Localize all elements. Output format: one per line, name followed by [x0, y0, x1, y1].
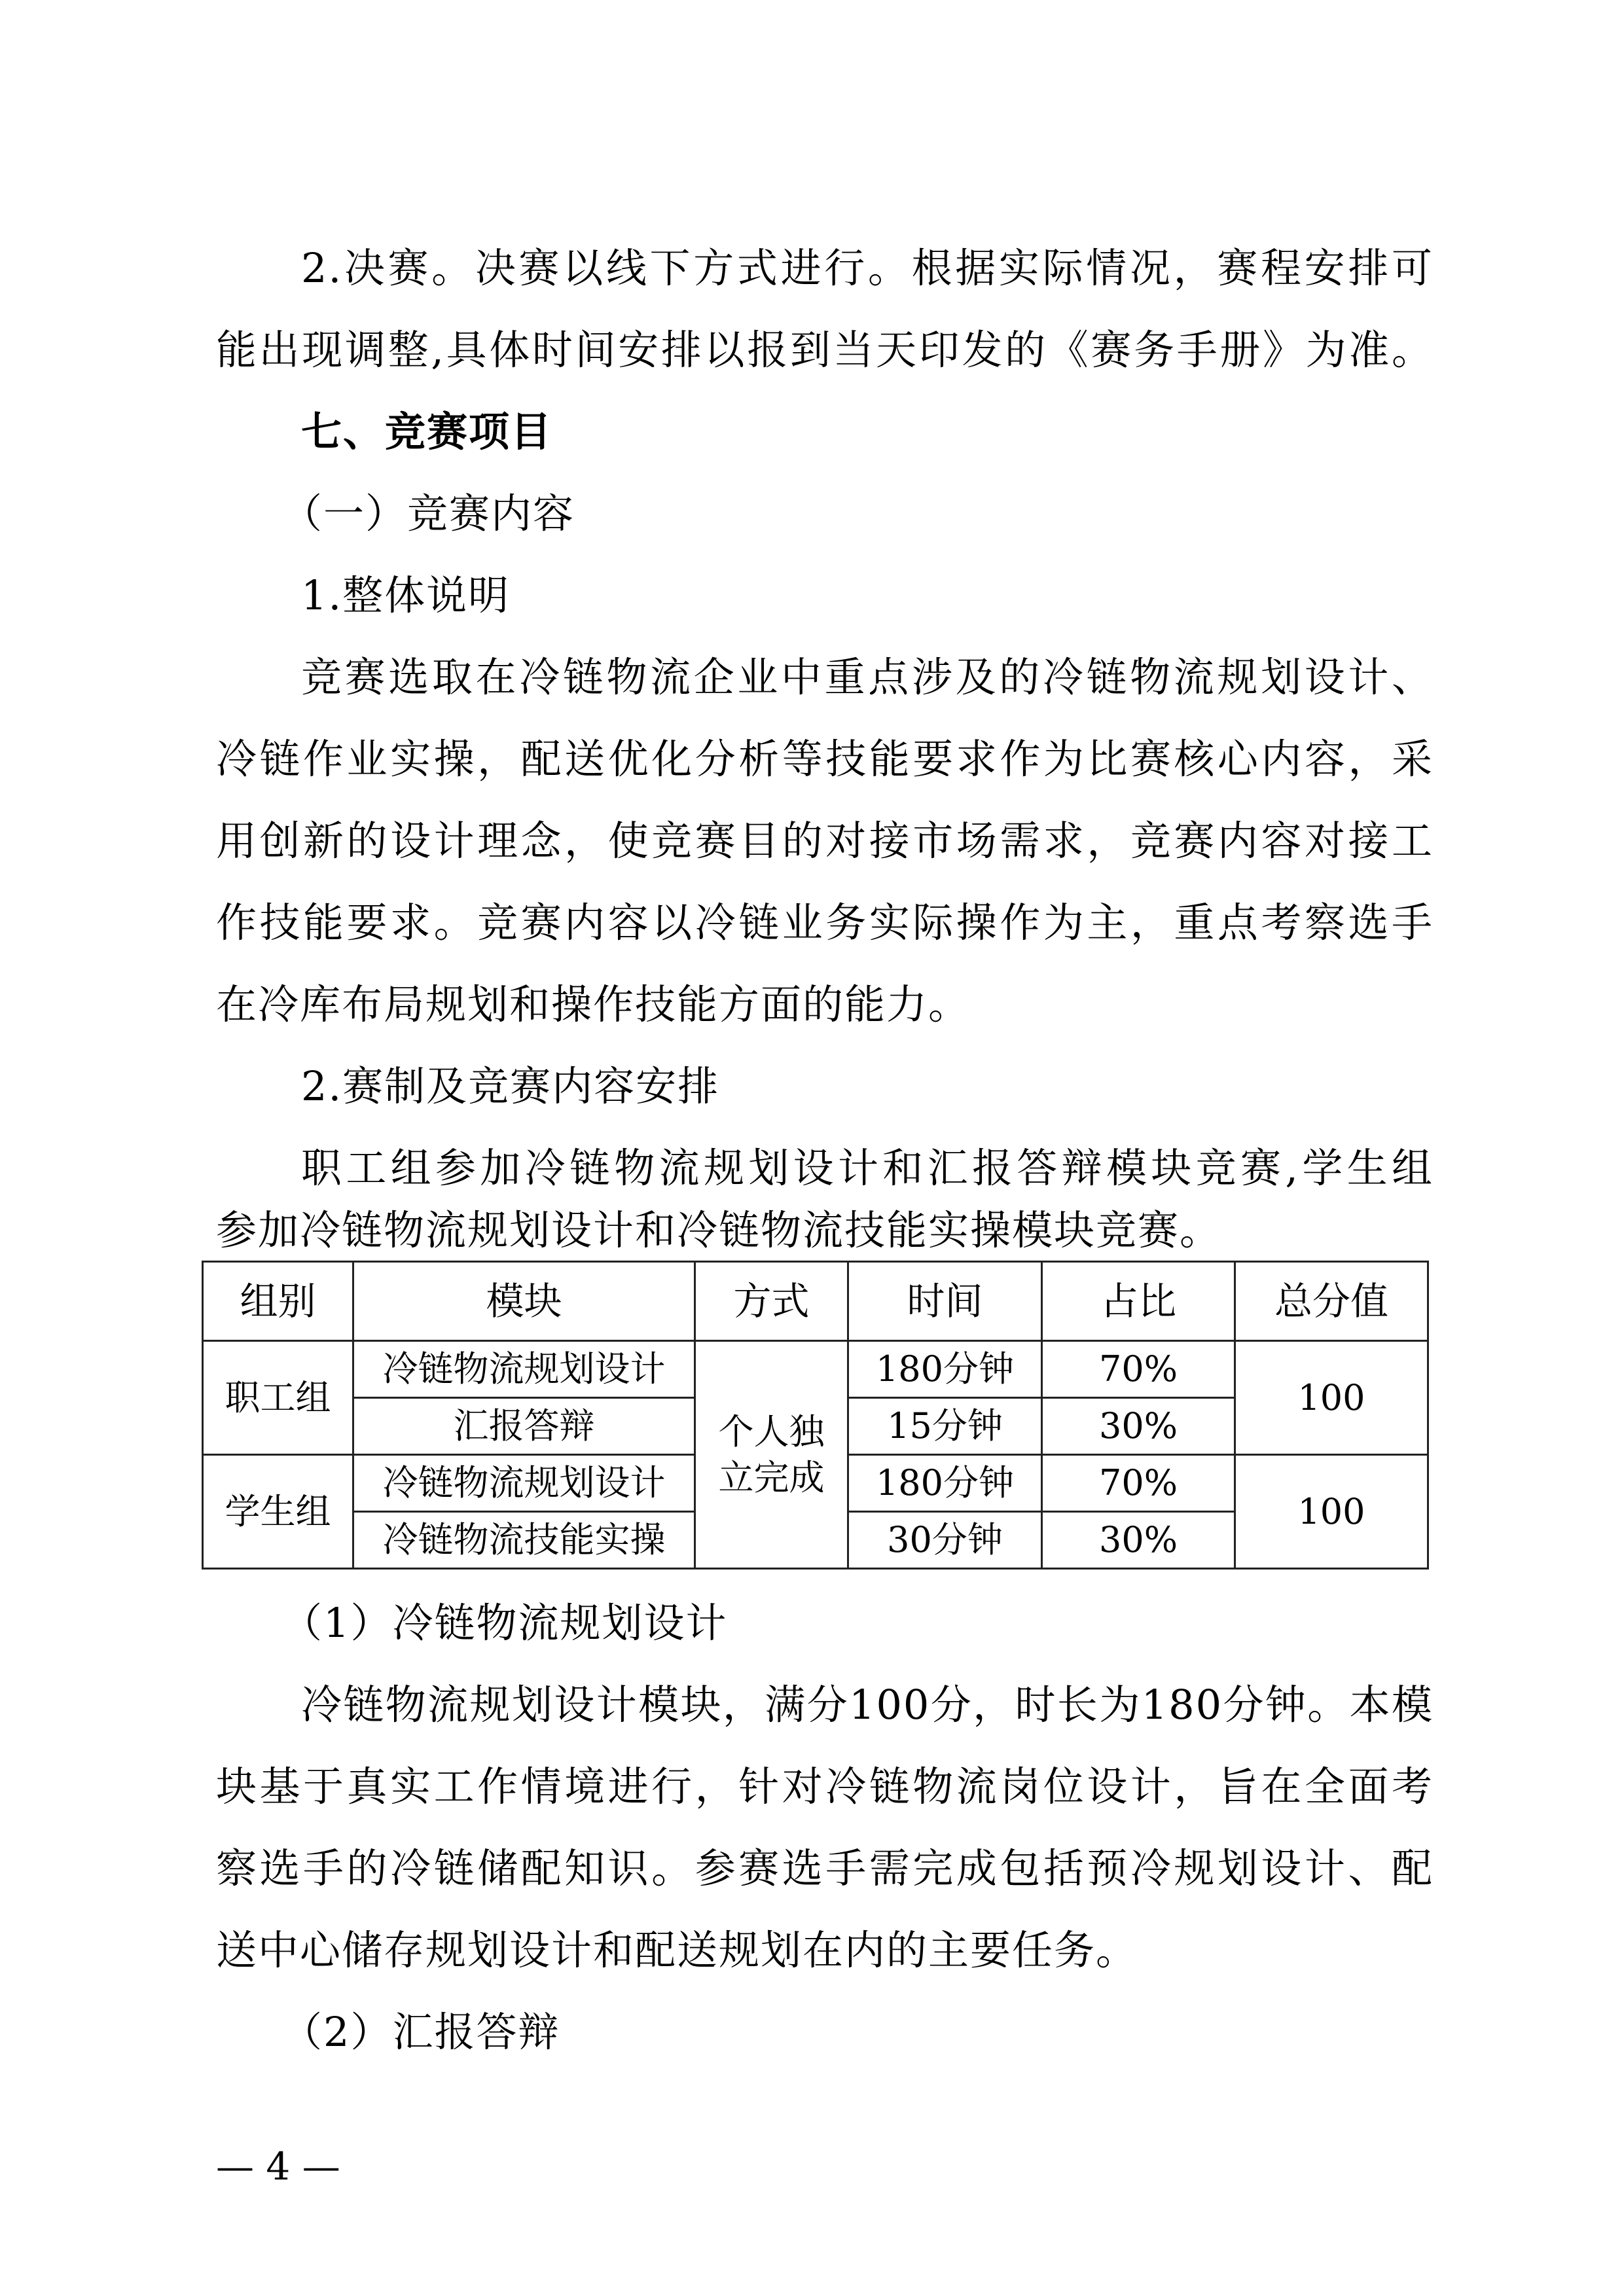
paragraph-overview-line2: 冷链作业实操，配送优化分析等技能要求作为比赛核心内容，采: [216, 733, 1434, 785]
cell-time: 180分钟: [848, 1341, 1042, 1398]
section-heading-competition-items: 七、竞赛项目: [301, 406, 1434, 458]
header-module: 模块: [353, 1262, 695, 1341]
paragraph-planning-line2: 块基于真实工作情境进行，针对冷链物流岗位设计，旨在全面考: [216, 1761, 1434, 1813]
subheading-competition-content: （一）竞赛内容: [281, 488, 1499, 540]
paragraph-overview-line4: 作技能要求。竞赛内容以冷链业务实际操作为主，重点考察选手: [216, 897, 1434, 949]
paragraph-groups-line2: 参加冷链物流规划设计和冷链物流技能实操模块竞赛。: [216, 1204, 1434, 1257]
header-method: 方式: [695, 1262, 848, 1341]
subheading-report-defense: （2）汇报答辩: [281, 2006, 1499, 2058]
cell-total-score: 100: [1235, 1341, 1428, 1455]
page-number: — 4 —: [216, 2140, 340, 2193]
cell-time: 180分钟: [848, 1455, 1042, 1512]
paragraph-planning-line3: 察选手的冷链储配知识。参赛选手需完成包括预冷规划设计、配: [216, 1842, 1434, 1895]
paragraph-planning-line1: 冷链物流规划设计模块，满分100分，时长为180分钟。本模: [301, 1679, 1434, 1731]
subheading-planning-design: （1）冷链物流规划设计: [281, 1597, 1499, 1649]
paragraph-planning-line4: 送中心储存规划设计和配送规划在内的主要任务。: [216, 1924, 1434, 1977]
cell-module: 汇报答辩: [353, 1398, 695, 1455]
cell-ratio: 70%: [1042, 1341, 1235, 1398]
cell-module: 冷链物流技能实操: [353, 1512, 695, 1569]
header-ratio: 占比: [1042, 1262, 1235, 1341]
method-line1: 个人独: [696, 1409, 847, 1455]
paragraph-final-round-line1: 2.决赛。决赛以线下方式进行。根据实际情况，赛程安排可: [301, 242, 1434, 295]
header-time: 时间: [848, 1262, 1042, 1341]
paragraph-groups-line1: 职工组参加冷链物流规划设计和汇报答辩模块竞赛,学生组: [301, 1142, 1434, 1194]
cell-group-name: 学生组: [203, 1455, 353, 1569]
header-group: 组别: [203, 1262, 353, 1341]
cell-time: 30分钟: [848, 1512, 1042, 1569]
paragraph-overview-line5: 在冷库布局规划和操作技能方面的能力。: [216, 978, 1434, 1031]
cell-ratio: 70%: [1042, 1455, 1235, 1512]
cell-ratio: 30%: [1042, 1398, 1235, 1455]
paragraph-final-round-line2: 能出现调整,具体时间安排以报到当天印发的《赛务手册》为准。: [216, 324, 1434, 376]
method-line2: 立完成: [696, 1455, 847, 1501]
cell-time: 15分钟: [848, 1398, 1042, 1455]
table-row: 职工组 冷链物流规划设计 个人独 立完成 180分钟 70% 100: [203, 1341, 1428, 1398]
paragraph-overview-line3: 用创新的设计理念，使竞赛目的对接市场需求，竞赛内容对接工: [216, 815, 1434, 867]
subheading-overall-description: 1.整体说明: [301, 569, 1434, 622]
table-header-row: 组别 模块 方式 时间 占比 总分值: [203, 1262, 1428, 1341]
cell-total-score: 100: [1235, 1455, 1428, 1569]
subheading-format-arrangement: 2.赛制及竞赛内容安排: [301, 1060, 1434, 1113]
cell-ratio: 30%: [1042, 1512, 1235, 1569]
header-total-score: 总分值: [1235, 1262, 1428, 1341]
competition-schedule-table: 组别 模块 方式 时间 占比 总分值 职工组 冷链物流规划设计 个人独 立完成 …: [202, 1261, 1429, 1570]
paragraph-overview-line1: 竞赛选取在冷链物流企业中重点涉及的冷链物流规划设计、: [301, 651, 1434, 704]
cell-module: 冷链物流规划设计: [353, 1455, 695, 1512]
cell-module: 冷链物流规划设计: [353, 1341, 695, 1398]
cell-method: 个人独 立完成: [695, 1341, 848, 1569]
cell-group-name: 职工组: [203, 1341, 353, 1455]
